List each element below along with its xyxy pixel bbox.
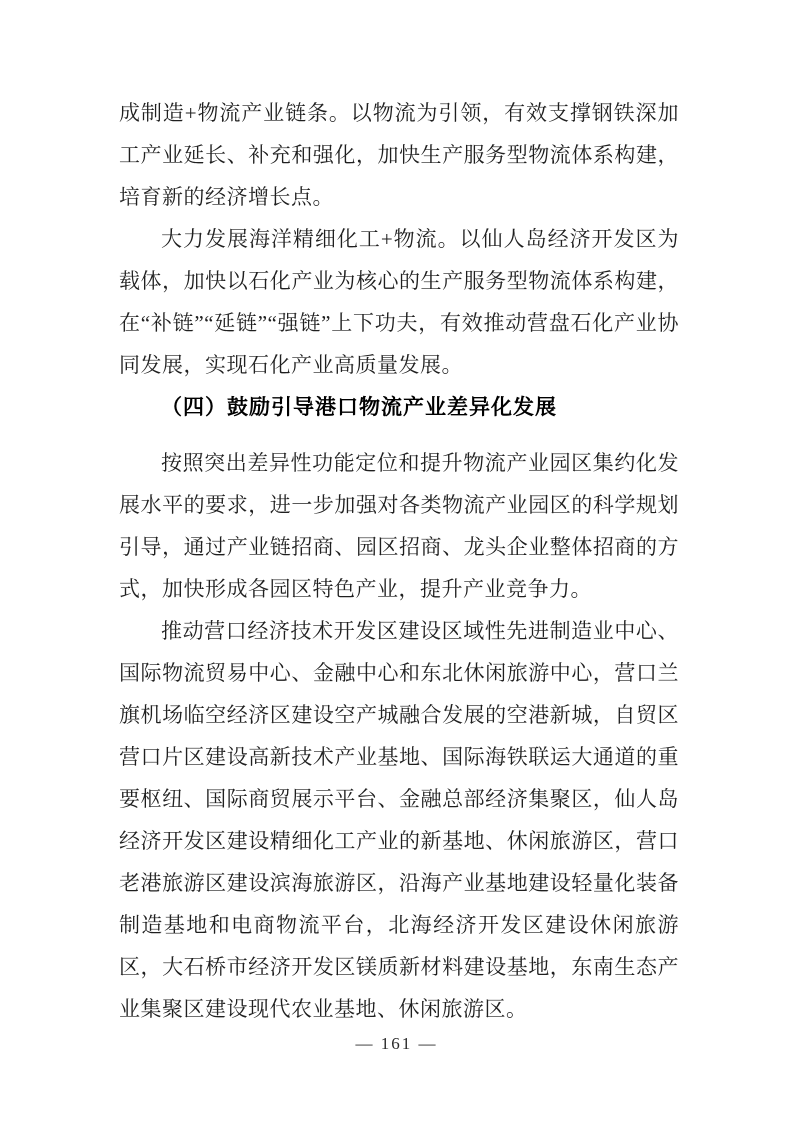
page-footer: — 161 — — [0, 1032, 793, 1056]
document-body: 成制造+物流产业链条。以物流为引领，有效支撑钢铁深加工产业延长、补充和强化，加快… — [119, 92, 679, 1030]
paragraph: 按照突出差异性功能定位和提升物流产业园区集约化发展水平的要求，进一步加强对各类物… — [119, 442, 679, 610]
section-heading: （四）鼓励引导港口物流产业差异化发展 — [119, 386, 679, 428]
page-number: — 161 — — [356, 1034, 438, 1053]
paragraph-continuation: 成制造+物流产业链条。以物流为引领，有效支撑钢铁深加工产业延长、补充和强化，加快… — [119, 92, 679, 218]
paragraph: 推动营口经济技术开发区建设区域性先进制造业中心、国际物流贸易中心、金融中心和东北… — [119, 610, 679, 1030]
document-page: 成制造+物流产业链条。以物流为引领，有效支撑钢铁深加工产业延长、补充和强化，加快… — [0, 0, 793, 1122]
paragraph: 大力发展海洋精细化工+物流。以仙人岛经济开发区为载体，加快以石化产业为核心的生产… — [119, 218, 679, 386]
